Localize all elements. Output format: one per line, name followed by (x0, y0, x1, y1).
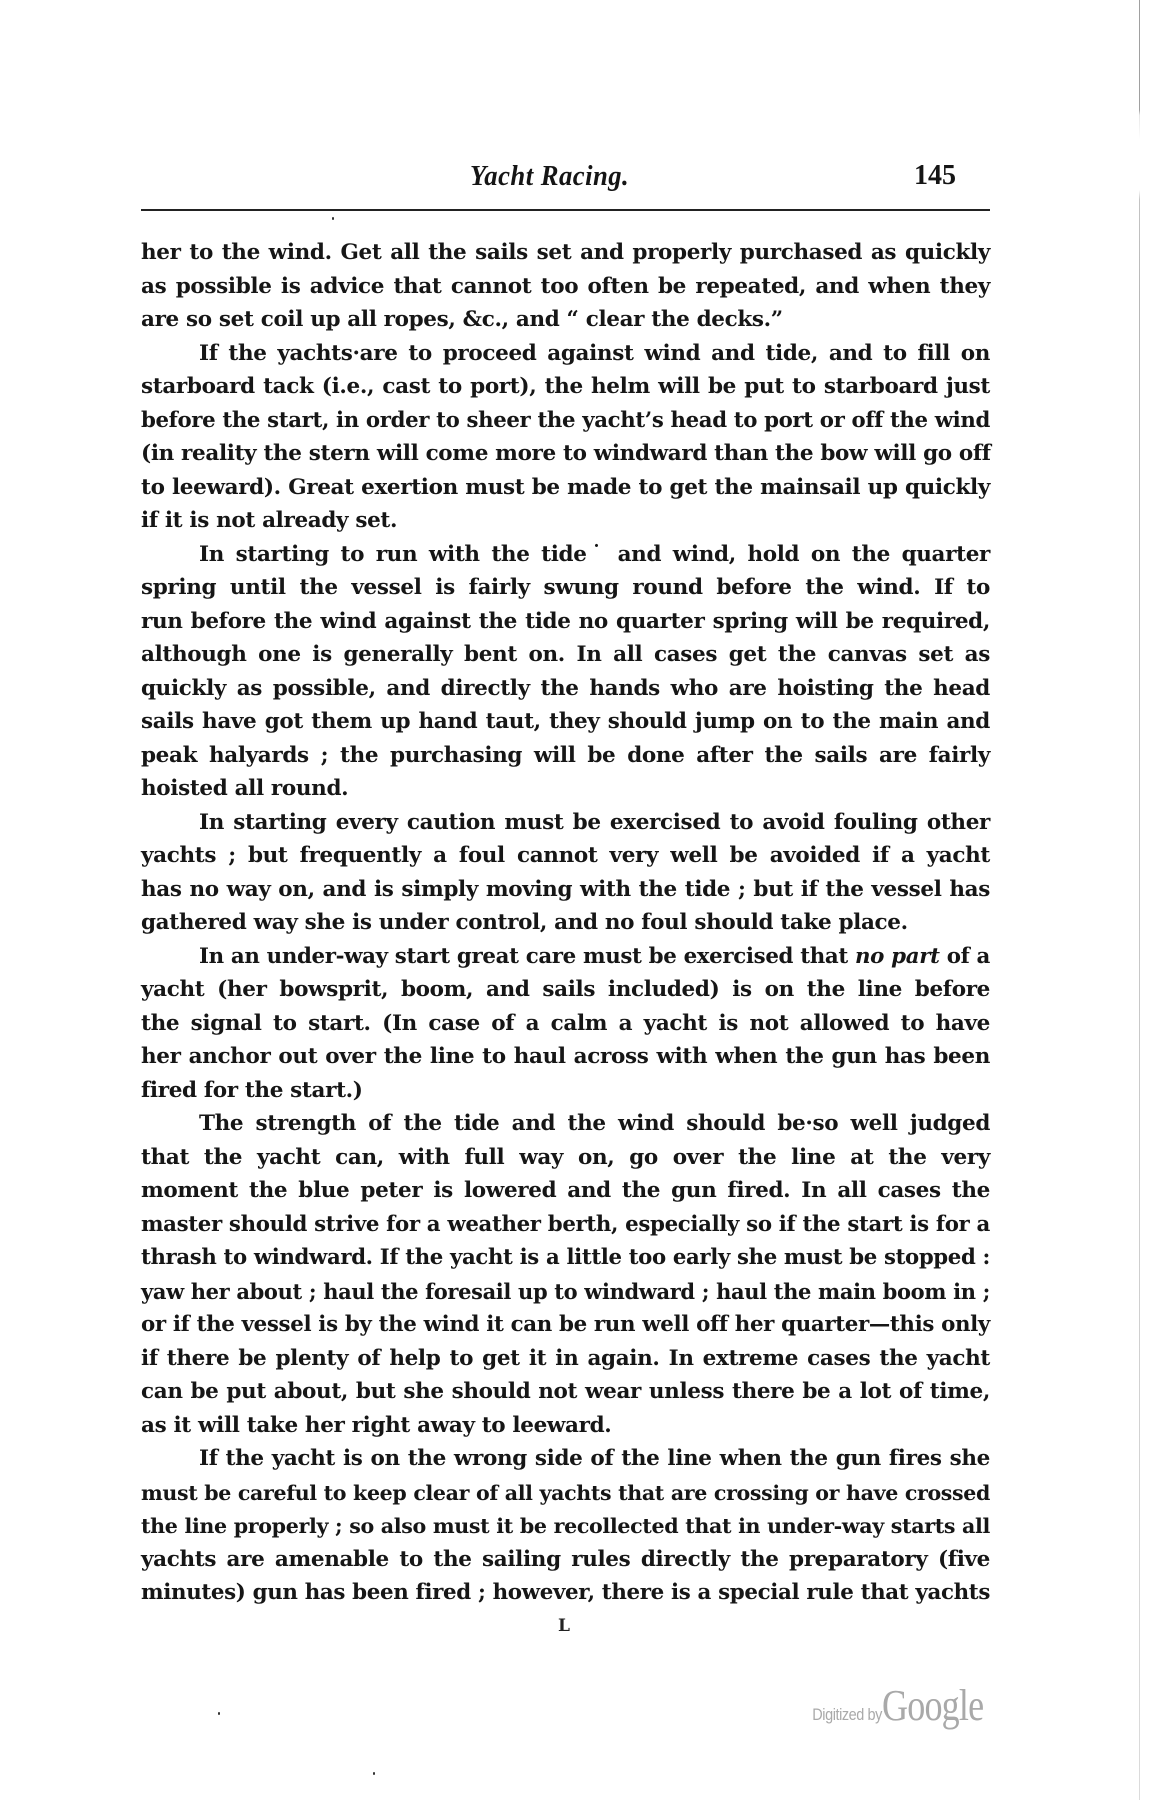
text-line: must be careful to keep clear of all yac… (141, 1478, 990, 1512)
body-text: her to the wind. Get all the sails set a… (141, 238, 990, 1612)
text-line: as possible is advice that cannot too of… (141, 272, 990, 306)
text-line: master should strive for a weather berth… (141, 1210, 990, 1244)
text-line: hoisted all round. (141, 774, 990, 808)
text-line: If the yachts·are to proceed against win… (141, 339, 990, 373)
text-line: moment the blue peter is lowered and the… (141, 1176, 990, 1210)
text-line: run before the wind against the tide no … (141, 607, 990, 641)
signature-mark: L (558, 1616, 570, 1636)
text-line: are so set coil up all ropes, &c., and “… (141, 305, 990, 339)
text-line: if it is not already set. (141, 506, 990, 540)
text-line: yachts are amenable to the sailing rules… (141, 1545, 990, 1579)
header-rule (141, 209, 990, 211)
running-head: Yacht Racing. 145 (0, 160, 1153, 200)
scan-speck (332, 217, 334, 220)
scan-speck (218, 1712, 220, 1715)
text-line: before the start, in order to sheer the … (141, 406, 990, 440)
text-line: to leeward). Great exertion must be made… (141, 473, 990, 507)
running-title: Yacht Racing. (470, 160, 629, 193)
text-line: can be put about, but she should not wea… (141, 1377, 990, 1411)
text-line: In starting every caution must be exerci… (141, 808, 990, 842)
text-line: If the yacht is on the wrong side of the… (141, 1444, 990, 1478)
text-line: peak halyards ; the purchasing will be d… (141, 741, 990, 775)
text-line: gathered way she is under control, and n… (141, 908, 990, 942)
text-line: (in reality the stern will come more to … (141, 439, 990, 473)
text-line: spring until the vessel is fairly swung … (141, 573, 990, 607)
google-watermark: Digitized byGoogle (800, 1680, 1005, 1730)
text-line: if there be plenty of help to get it in … (141, 1344, 990, 1378)
text-line: as it will take her right away to leewar… (141, 1411, 990, 1445)
text-line: her anchor out over the line to haul acr… (141, 1042, 990, 1076)
page-edge-line (1139, 0, 1140, 1800)
text-line: fired for the start.) (141, 1076, 990, 1110)
text-line: yacht (her bowsprit, boom, and sails inc… (141, 975, 990, 1009)
text-line: the signal to start. (In case of a calm … (141, 1009, 990, 1043)
watermark-prefix: Digitized by (812, 1705, 882, 1725)
text-line: the line properly ; so also must it be r… (141, 1511, 990, 1545)
emphasis: no part (855, 944, 940, 969)
page-number: 145 (914, 160, 956, 192)
text-line: or if the vessel is by the wind it can b… (141, 1310, 990, 1344)
text-line: sails have got them up hand taut, they s… (141, 707, 990, 741)
text-line: yachts ; but frequently a foul cannot ve… (141, 841, 990, 875)
text-line: has no way on, and is simply moving with… (141, 875, 990, 909)
text-line: her to the wind. Get all the sails set a… (141, 238, 990, 272)
text-line: In starting to run with the tide˙ and wi… (141, 540, 990, 574)
watermark-brand: Google (882, 1680, 983, 1731)
text-line: minutes) gun has been fired ; however, t… (141, 1578, 990, 1612)
scan-speck (373, 1772, 375, 1775)
text-line: starboard tack (i.e., cast to port), the… (141, 372, 990, 406)
text-line: In an under-way start great care must be… (141, 942, 990, 976)
text-line: thrash to windward. If the yacht is a li… (141, 1243, 990, 1277)
text-line: yaw her about ; haul the foresail up to … (141, 1277, 990, 1311)
text-line: quickly as possible, and directly the ha… (141, 674, 990, 708)
text-line: The strength of the tide and the wind sh… (141, 1109, 990, 1143)
text-line: although one is generally bent on. In al… (141, 640, 990, 674)
text-line: that the yacht can, with full way on, go… (141, 1143, 990, 1177)
